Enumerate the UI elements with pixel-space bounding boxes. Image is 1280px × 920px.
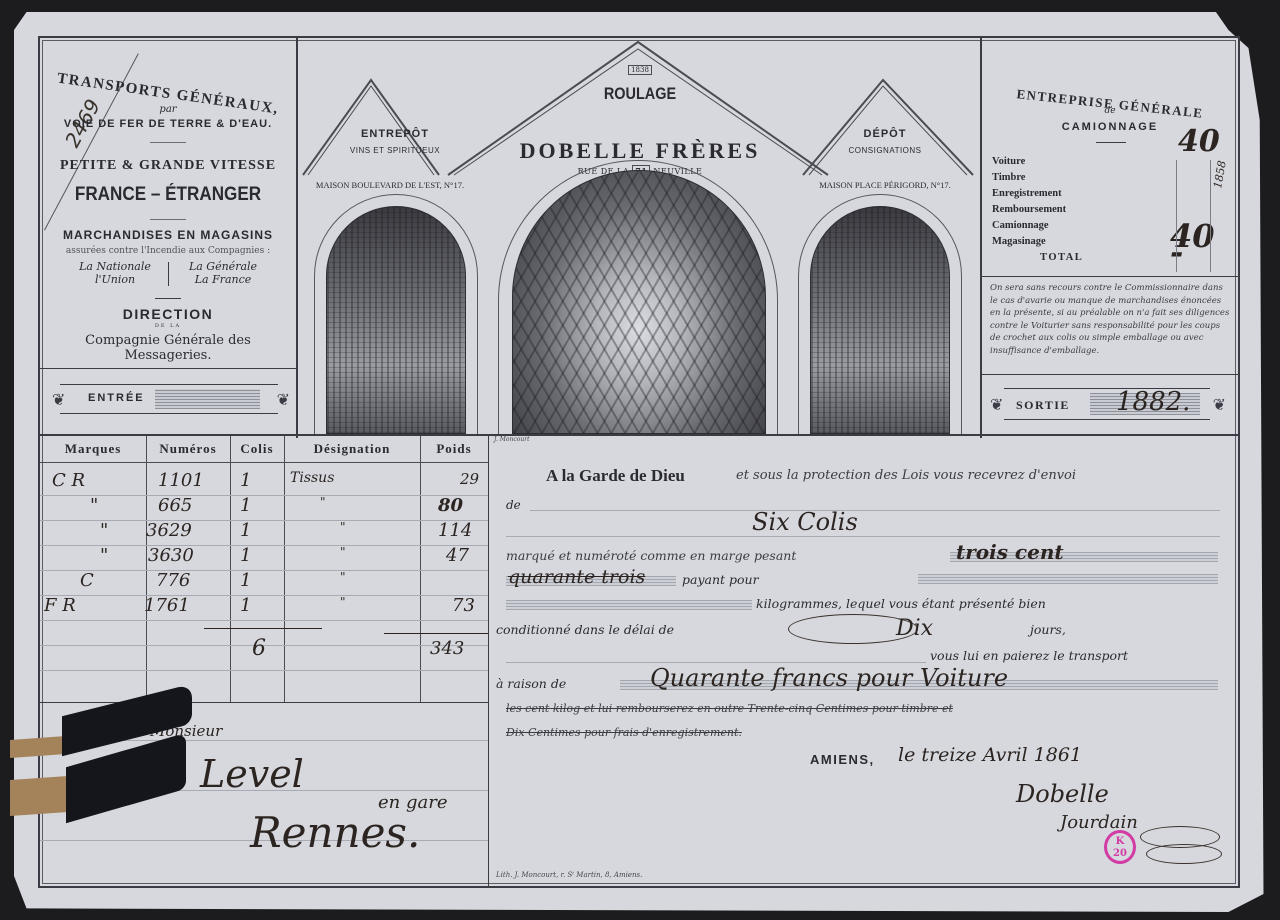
entrepot-address: MAISON BOULEVARD DE L'EST, N°17. bbox=[300, 180, 480, 190]
kilogram-field[interactable] bbox=[506, 600, 752, 610]
divider bbox=[982, 374, 1238, 375]
row-rule bbox=[40, 670, 488, 671]
cell-poids: 114 bbox=[438, 520, 472, 541]
paierez-line: vous lui en paierez le transport bbox=[930, 648, 1128, 663]
scroll-ornament-icon: ❦ bbox=[1213, 395, 1226, 414]
cell-numero: 3629 bbox=[146, 520, 192, 541]
kilogrammes-line: kilogrammes, lequel vous étant présenté … bbox=[756, 596, 1046, 611]
year-badge: 1838 bbox=[628, 65, 652, 75]
direction-label: DIRECTION bbox=[40, 306, 296, 322]
fee-label: Remboursement bbox=[992, 204, 1066, 215]
scroll-ornament-icon: ❦ bbox=[990, 395, 1003, 414]
fill-rule bbox=[506, 536, 1220, 537]
cell-numero: 1101 bbox=[158, 470, 204, 491]
weight-words-2: quarante trois bbox=[508, 566, 645, 588]
cell-numero: 1761 bbox=[144, 595, 190, 616]
printer-credit: Lith. J. Moncourt, r. Sᵗ Martin, 8, Amie… bbox=[496, 871, 642, 879]
payant-pour: payant pour bbox=[682, 572, 759, 587]
cell-colis: 1 bbox=[240, 595, 251, 616]
fee-row: Voiture40 bbox=[992, 154, 1232, 170]
fee-label: Camionnage bbox=[992, 220, 1049, 231]
ink-stamp: K 20 bbox=[1104, 830, 1136, 864]
opening-phrase-rest: et sous la protection des Lois vous rece… bbox=[736, 468, 1076, 483]
divider bbox=[168, 262, 169, 286]
cell-designation: " bbox=[340, 570, 346, 584]
addressee-name: Level bbox=[200, 752, 304, 796]
entry-field[interactable] bbox=[155, 389, 260, 409]
insurer-name: La France bbox=[178, 273, 268, 286]
cell-designation: " bbox=[340, 595, 346, 609]
exit-number: 1882. bbox=[1116, 387, 1190, 417]
divider bbox=[40, 702, 488, 703]
conditionne-line: conditionné dans le délai de bbox=[496, 622, 674, 637]
cell-numero: 3630 bbox=[148, 545, 194, 566]
entry-label: ENTRÉE bbox=[88, 392, 145, 404]
total-label: TOTAL bbox=[1040, 252, 1083, 263]
paper-tape bbox=[10, 776, 68, 816]
entry-box: ❦ ENTRÉE ❦ bbox=[60, 384, 278, 414]
main-hall-illustration bbox=[512, 170, 766, 434]
table-row: " 665 1 " 80 bbox=[40, 495, 488, 520]
cell-numero: 776 bbox=[156, 570, 190, 591]
cell-designation: " bbox=[340, 520, 346, 534]
cell-designation: Tissus bbox=[290, 470, 334, 486]
cell-poids: 29 bbox=[460, 470, 479, 488]
fee-label: Enregistrement bbox=[992, 188, 1062, 199]
cell-colis: 1 bbox=[240, 520, 251, 541]
entrepot-subtitle: VINS ET SPIRITUEUX bbox=[320, 146, 470, 155]
signature-flourish bbox=[1146, 844, 1222, 864]
depot-subtitle: CONSIGNATIONS bbox=[810, 146, 960, 155]
col-header-designation: Désignation bbox=[284, 441, 420, 457]
table-row: F R 1761 1 " 73 bbox=[40, 595, 488, 620]
scroll-ornament-icon: ❦ bbox=[277, 390, 290, 409]
depot-barrels-illustration bbox=[810, 206, 950, 434]
depot-address: MAISON PLACE PÉRIGORD, N°17. bbox=[795, 180, 975, 190]
raison-line: à raison de bbox=[496, 676, 566, 691]
engraver-credit: J. Moncourt bbox=[494, 436, 530, 443]
row-rule bbox=[40, 620, 488, 621]
amount-column-rule bbox=[1176, 160, 1177, 272]
city-label: AMIENS, bbox=[810, 752, 875, 767]
cell-colis: 1 bbox=[240, 545, 251, 566]
cell-poids: 47 bbox=[446, 545, 469, 566]
sum-rule bbox=[204, 628, 322, 629]
cell-designation: " bbox=[340, 545, 346, 559]
insurer-name: l'Union bbox=[70, 273, 160, 286]
col-header-poids: Poids bbox=[420, 441, 488, 457]
ornament-rule bbox=[150, 142, 186, 143]
table-row: " 3629 1 " 114 bbox=[40, 520, 488, 545]
cell-marque: " bbox=[100, 520, 108, 541]
divider bbox=[40, 434, 1238, 436]
fee-value: 40 bbox=[1178, 134, 1220, 150]
roulage-label: ROULAGE bbox=[581, 84, 700, 104]
table-row: " 3630 1 " 47 bbox=[40, 545, 488, 570]
stamp-line: 20 bbox=[1107, 848, 1133, 860]
exit-label: SORTIE bbox=[1016, 398, 1070, 413]
scroll-ornament-icon: ❦ bbox=[52, 390, 65, 409]
fill-rule bbox=[506, 662, 926, 663]
ornament-rule bbox=[155, 298, 181, 299]
total-colis: 6 bbox=[252, 636, 266, 661]
col-header-marques: Marques bbox=[40, 441, 146, 457]
insurer-name: La Générale bbox=[178, 260, 268, 273]
signature-dobelle: Dobelle bbox=[1016, 780, 1109, 808]
fill-rule bbox=[530, 510, 1220, 511]
insurer-name: La Nationale bbox=[70, 260, 160, 273]
total-poids: 343 bbox=[430, 638, 464, 659]
struck-reimbursement-line: les cent kilog et lui rembourserez en ou… bbox=[506, 702, 1226, 715]
cell-colis: 1 bbox=[240, 570, 251, 591]
issue-date: le treize Avril 1861 bbox=[898, 744, 1082, 766]
table-body: C R 1101 1 Tissus 29 " 665 1 " 80 " 3629… bbox=[40, 470, 488, 620]
fee-row: Remboursement bbox=[992, 202, 1232, 218]
fee-table: Voiture40 Timbre Enregistrement Rembours… bbox=[992, 154, 1232, 266]
goods-storage-label: MARCHANDISES EN MAGASINS bbox=[40, 228, 296, 242]
par-label: par bbox=[40, 104, 296, 115]
table-row: C 776 1 " bbox=[40, 570, 488, 595]
de-la-label: DE LA bbox=[40, 323, 296, 329]
cell-colis: 1 bbox=[240, 470, 251, 491]
fee-row: Timbre bbox=[992, 170, 1232, 186]
cell-numero: 665 bbox=[158, 495, 192, 516]
de-label: de bbox=[506, 498, 521, 512]
package-count: Six Colis bbox=[752, 508, 858, 536]
founding-year: 1838 bbox=[600, 66, 680, 74]
col-header-colis: Colis bbox=[230, 441, 284, 457]
weight-words-1: trois cent bbox=[956, 540, 1064, 564]
price-words: Quarante francs pour Voiture bbox=[650, 664, 1008, 692]
divider bbox=[982, 276, 1238, 277]
region-label: FRANCE – ÉTRANGER bbox=[53, 184, 283, 206]
warehouse-wine-illustration bbox=[326, 206, 466, 434]
entrepot-title: ENTREPÔT bbox=[320, 128, 470, 140]
divider bbox=[40, 368, 296, 369]
divider bbox=[980, 38, 982, 438]
insurance-note: assurées contre l'Incendie aux Compagnie… bbox=[40, 246, 296, 256]
cell-marque: " bbox=[90, 495, 98, 516]
table-row: C R 1101 1 Tissus 29 bbox=[40, 470, 488, 495]
col-header-numeros: Numéros bbox=[146, 441, 230, 457]
addressee-city: Rennes. bbox=[250, 808, 420, 857]
sum-rule bbox=[384, 633, 488, 634]
speed-label: PETITE & GRANDE VITESSE bbox=[40, 158, 296, 174]
fee-label: Magasinage bbox=[992, 236, 1046, 247]
cell-marque: " bbox=[100, 545, 108, 566]
cell-marque: F R bbox=[44, 595, 76, 616]
total-row: TOTAL40 - bbox=[992, 250, 1232, 266]
cell-colis: 1 bbox=[240, 495, 251, 516]
company-name: Compagnie Générale des Messageries. bbox=[40, 333, 296, 363]
cell-poids: 80 bbox=[438, 495, 463, 516]
delay-days: Dix bbox=[896, 616, 933, 641]
exit-box: ❦ SORTIE 1882. ❦ bbox=[1004, 388, 1210, 420]
cell-poids: 73 bbox=[452, 595, 475, 616]
liability-notice: On sera sans recours contre le Commissio… bbox=[990, 282, 1230, 357]
insurers-left: La Nationale l'Union bbox=[70, 260, 160, 286]
fee-label: Timbre bbox=[992, 172, 1025, 183]
fee-label: Voiture bbox=[992, 156, 1025, 167]
total-value: 40 - bbox=[1170, 228, 1232, 260]
signature-jourdain: Jourdain bbox=[1060, 812, 1138, 833]
insurers-right: La Générale La France bbox=[178, 260, 268, 286]
opening-phrase: A la Garde de Dieu bbox=[546, 466, 685, 486]
ornament-rule bbox=[1096, 142, 1126, 143]
cell-designation: " bbox=[320, 495, 326, 509]
struck-registration-line: Dix Centimes pour frais d'enregistrement… bbox=[506, 726, 742, 739]
fee-row: Enregistrement bbox=[992, 186, 1232, 202]
transport-modes: VOIE DE FER DE TERRE & D'EAU. bbox=[40, 118, 296, 130]
table-header-rule bbox=[40, 462, 488, 463]
table-col-rule bbox=[488, 436, 489, 886]
de-label: de bbox=[1000, 106, 1220, 116]
stamp-line: K bbox=[1107, 836, 1133, 848]
amount-column-rule bbox=[1210, 160, 1211, 272]
jours-label: jours, bbox=[1030, 622, 1066, 637]
cell-marque: C bbox=[80, 570, 94, 591]
ornament-rule bbox=[150, 219, 186, 220]
payant-field[interactable] bbox=[918, 574, 1218, 584]
marked-line: marqué et numéroté comme en marge pesant bbox=[506, 548, 796, 563]
depot-title: DÉPÔT bbox=[810, 128, 960, 140]
cell-marque: C R bbox=[52, 470, 85, 491]
